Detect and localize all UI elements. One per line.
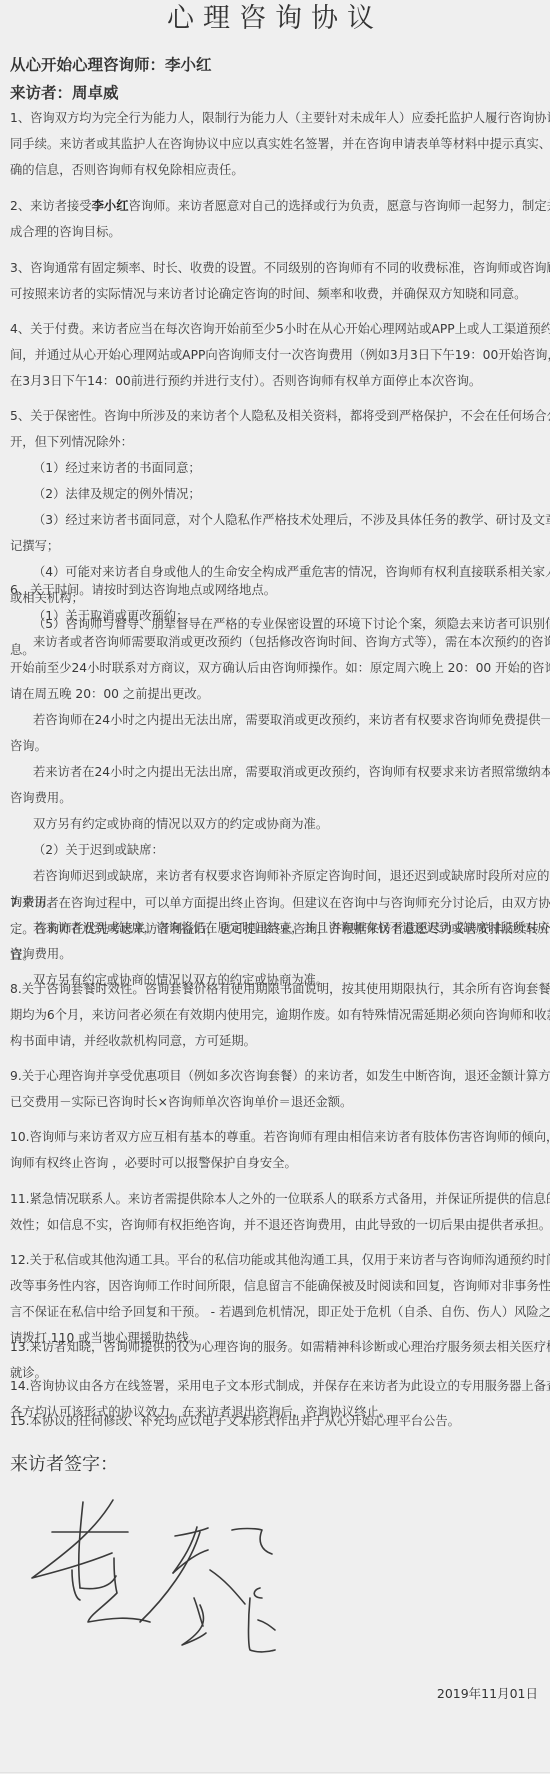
visitor-label: 来访者：: [10, 84, 72, 102]
clause-4: 4、关于付费。来访者应当在每次咨询开始前至少5小时在从心开始心理网站或APP上或…: [10, 316, 538, 394]
clause-10: 10.咨询师与来访者双方应互相有基本的尊重。若咨询师有理由相信来访者有肢体伤害咨…: [10, 1124, 538, 1176]
counselor-label: 从心开始心理咨询师：: [10, 56, 165, 74]
handwritten-signature-image: [0, 1480, 300, 1680]
clause-1: 1、咨询双方均为完全行为能力人，限制行为能力人（主要针对未成年人）应委托监护人履…: [10, 105, 538, 183]
clause-15: 15.本协议的任何修改、补充均应以电子文本形式作出并于从心开始心理平台公告。: [10, 1408, 538, 1434]
agreement-page: 心理咨询协议 从心开始心理咨询师：李小红 来访者：周卓威 1、咨询双方均为完全行…: [0, 0, 550, 1774]
counselor-line: 从心开始心理咨询师：李小红: [10, 55, 212, 75]
counselor-name: 李小红: [165, 56, 212, 74]
signature-label: 来访者签字：: [10, 1450, 118, 1476]
page-title: 心理咨询协议: [0, 2, 550, 36]
visitor-name: 周卓威: [72, 84, 119, 102]
counselor-name-inline: 李小红: [92, 199, 129, 213]
visitor-line: 来访者：周卓威: [10, 83, 119, 103]
clause-8: 8.关于咨询套餐时效性。咨询套餐价格有使用期限书面说明，按其使用期限执行，其余所…: [10, 976, 538, 1054]
signature-date: 2019年11月01日: [437, 1684, 538, 1702]
clause-3: 3、咨询通常有固定频率、时长、收费的设置。不同级别的咨询师有不同的收费标准，咨询…: [10, 255, 538, 307]
clause-2: 2、来访者接受李小红咨询师。来访者愿意对自己的选择或行为负责，愿意与咨询师一起努…: [10, 193, 538, 245]
clause-11: 11.紧急情况联系人。来访者需提供除本人之外的一位联系人的联系方式备用，并保证所…: [10, 1186, 538, 1238]
clause-7: 7.来访者在咨询过程中，可以单方面提出终止咨询。但建议在咨询中与咨询师充分讨论后…: [10, 890, 538, 968]
bottom-divider: [0, 1772, 550, 1773]
clause-9: 9.关于心理咨询并享受优惠项目（例如多次咨询套餐）的来访者，如发生中断咨询，退还…: [10, 1063, 538, 1115]
